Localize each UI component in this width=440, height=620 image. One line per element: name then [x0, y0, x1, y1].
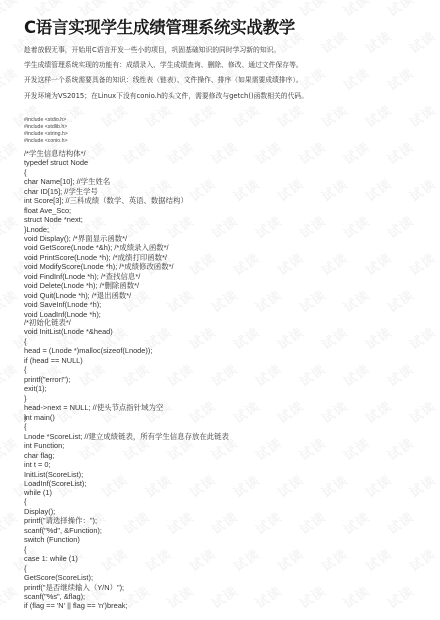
- watermark-text: 试读: [405, 100, 439, 132]
- watermark-text: 试读: [251, 285, 285, 317]
- watermark-text: 试读: [317, 248, 351, 280]
- watermark-text: 试读: [273, 100, 307, 132]
- watermark-text: 试读: [383, 581, 417, 613]
- watermark-text: 试读: [185, 174, 219, 206]
- watermark-text: 试读: [163, 359, 197, 391]
- code-line: void Quit(Lnode *h); /*退出函数*/: [24, 291, 131, 300]
- watermark-text: 试读: [207, 359, 241, 391]
- watermark-text: 试读: [383, 211, 417, 243]
- watermark-text: 试读: [0, 433, 21, 465]
- watermark-text: 试读: [185, 248, 219, 280]
- watermark-text: 试读: [119, 137, 153, 169]
- watermark-text: 试读: [383, 0, 417, 20]
- watermark-text: 试读: [207, 581, 241, 613]
- code-line: Display();: [24, 507, 55, 516]
- watermark-text: 试读: [141, 470, 175, 502]
- watermark-text: 试读: [317, 396, 351, 428]
- watermark-text: 试读: [0, 63, 21, 95]
- watermark-text: 试读: [383, 359, 417, 391]
- code-line: scanf("%d", &Function);: [24, 526, 102, 535]
- watermark-text: 试读: [97, 470, 131, 502]
- watermark-text: 试读: [383, 433, 417, 465]
- watermark-text: 试读: [185, 544, 219, 576]
- watermark-text: 试读: [207, 211, 241, 243]
- code-line: {: [24, 168, 26, 177]
- code-line: float Ave_Sco;: [24, 206, 71, 215]
- watermark-text: 试读: [273, 174, 307, 206]
- watermark-text: 试读: [339, 63, 373, 95]
- watermark-text: 试读: [317, 174, 351, 206]
- watermark-text: 试读: [163, 211, 197, 243]
- code-line: {: [24, 422, 26, 431]
- watermark-text: 试读: [383, 63, 417, 95]
- watermark-text: 试读: [229, 396, 263, 428]
- code-line: printf("请选择操作：");: [24, 516, 97, 525]
- code-line: {: [24, 564, 26, 573]
- code-line: switch (Function): [24, 535, 80, 544]
- code-line: #include <string.h>: [24, 131, 68, 137]
- code-line: {: [24, 545, 26, 554]
- watermark-text: 试读: [229, 248, 263, 280]
- code-line: #include <stdlib.h>: [24, 124, 67, 130]
- watermark-text: 试读: [229, 174, 263, 206]
- watermark-text: 试读: [0, 0, 21, 20]
- watermark-text: 试读: [163, 137, 197, 169]
- code-line: void InitList(Lnode *&head): [24, 327, 113, 336]
- watermark-text: 试读: [185, 396, 219, 428]
- watermark-text: 试读: [339, 211, 373, 243]
- watermark-text: 试读: [317, 100, 351, 132]
- watermark-text: 试读: [163, 285, 197, 317]
- code-line: head->next = NULL; //使头节点指针域为空: [24, 403, 163, 412]
- watermark-text: 试读: [361, 396, 395, 428]
- watermark-text: 试读: [339, 359, 373, 391]
- watermark-text: 试读: [97, 100, 131, 132]
- code-line: char ID[15]; //学生学号: [24, 187, 98, 196]
- watermark-text: 试读: [273, 470, 307, 502]
- watermark-text: 试读: [163, 507, 197, 539]
- watermark-text: 试读: [185, 470, 219, 502]
- code-line: while (1): [24, 488, 52, 497]
- page-title: C语言实现学生成绩管理系统实战教学: [24, 14, 295, 38]
- watermark-text: 试读: [317, 470, 351, 502]
- watermark-text: 试读: [163, 581, 197, 613]
- code-line: exit(1);: [24, 384, 47, 393]
- watermark-text: 试读: [0, 137, 21, 169]
- watermark-text: 试读: [339, 581, 373, 613]
- watermark-text: 试读: [339, 507, 373, 539]
- code-line: void Delete(Lnode *h); /*删除函数*/: [24, 281, 139, 290]
- watermark-text: 试读: [405, 470, 439, 502]
- watermark-text: 试读: [317, 544, 351, 576]
- code-line: }: [24, 394, 26, 403]
- watermark-text: 试读: [405, 26, 439, 58]
- code-line: int t = 0;: [24, 460, 51, 469]
- code-line: void GetScore(Lnode *&h); /*成绩录入函数*/: [24, 243, 169, 252]
- watermark-text: 试读: [273, 248, 307, 280]
- watermark-text: 试读: [295, 137, 329, 169]
- code-line: /*初始化链表*/: [24, 318, 71, 327]
- code-line: {: [24, 497, 26, 506]
- watermark-text: 试读: [207, 285, 241, 317]
- watermark-text: 试读: [295, 285, 329, 317]
- code-line: }Lnode;: [24, 225, 49, 234]
- code-line: if (head == NULL): [24, 356, 83, 365]
- code-line: char Name[10]; //学生姓名: [24, 177, 110, 186]
- watermark-text: 试读: [185, 100, 219, 132]
- watermark-text: 试读: [295, 359, 329, 391]
- watermark-text: 试读: [339, 285, 373, 317]
- code-line: printf("error!");: [24, 375, 70, 384]
- intro-paragraph: 学生成绩管理系统实现的功能有：成绩录入、学生成绩查询、删除、修改、通过文件保存等…: [24, 59, 303, 69]
- code-line: int Function;: [24, 441, 64, 450]
- watermark-text: 试读: [405, 396, 439, 428]
- watermark-text: 试读: [0, 507, 21, 539]
- watermark-text: 试读: [0, 359, 21, 391]
- watermark-text: 试读: [361, 174, 395, 206]
- code-line: int Score[3]; //三科成绩（数学、英语、数据结构）: [24, 196, 188, 205]
- watermark-text: 试读: [405, 174, 439, 206]
- code-line: Lnode *ScoreList; //建立成绩链表，所有学生信息存放在此链表: [24, 432, 229, 441]
- code-line: void SaveInf(Lnode *h);: [24, 300, 101, 309]
- watermark-text: 试读: [383, 137, 417, 169]
- code-line: void PrintScore(Lnode *h); /*成绩打印函数*/: [24, 253, 167, 262]
- intro-paragraph: 开发这样一个系统需要具备的知识：线性表（链表）、文件操作、排序（如果需要成绩排序…: [24, 74, 303, 84]
- code-line: void Display(); /*界面显示函数*/: [24, 234, 127, 243]
- watermark-text: 试读: [361, 470, 395, 502]
- watermark-text: 试读: [317, 26, 351, 58]
- code-line: #include <conio.h>: [24, 138, 68, 144]
- code-line: int main(): [24, 413, 55, 422]
- watermark-text: 试读: [295, 211, 329, 243]
- watermark-text: 试读: [295, 0, 329, 20]
- watermark-text: 试读: [361, 26, 395, 58]
- watermark-text: 试读: [119, 359, 153, 391]
- watermark-text: 试读: [0, 581, 21, 613]
- watermark-text: 试读: [229, 100, 263, 132]
- watermark-text: 试读: [339, 433, 373, 465]
- code-line: void ModifyScore(Lnode *h); /*成绩修改函数*/: [24, 262, 174, 271]
- watermark-text: 试读: [229, 470, 263, 502]
- code-line: /*学生信息结构体*/: [24, 149, 86, 158]
- watermark-text: 试读: [295, 507, 329, 539]
- watermark-text: 试读: [273, 544, 307, 576]
- watermark-text: 试读: [97, 544, 131, 576]
- watermark-text: 试读: [273, 322, 307, 354]
- watermark-text: 试读: [207, 507, 241, 539]
- watermark-text: 试读: [251, 433, 285, 465]
- code-line: if (flag == 'N' || flag == 'n')break;: [24, 601, 128, 610]
- code-line: void FindInf(Lnode *h); /*查找信息*/: [24, 272, 140, 281]
- watermark-text: 试读: [0, 285, 21, 317]
- watermark-text: 试读: [141, 100, 175, 132]
- watermark-text: 试读: [119, 507, 153, 539]
- watermark-text: 试读: [339, 137, 373, 169]
- watermark-text: 试读: [361, 544, 395, 576]
- code-line: #include <stdio.h>: [24, 117, 66, 123]
- code-line: typedef struct Node: [24, 158, 88, 167]
- intro-paragraph: 开发环境为VS2015；在Linux下没有conio.h的头文件，需要修改与ge…: [24, 90, 308, 100]
- watermark-text: 试读: [251, 507, 285, 539]
- code-line: struct Node *next;: [24, 215, 83, 224]
- watermark-text: 试读: [383, 507, 417, 539]
- watermark-text: 试读: [251, 137, 285, 169]
- watermark-text: 试读: [185, 322, 219, 354]
- watermark-text: 试读: [251, 211, 285, 243]
- watermark-text: 试读: [405, 248, 439, 280]
- code-line: {: [24, 337, 26, 346]
- watermark-text: 试读: [141, 544, 175, 576]
- watermark-text: 试读: [405, 544, 439, 576]
- code-line: LoadInf(ScoreList);: [24, 479, 86, 488]
- code-line: case 1: while (1): [24, 554, 78, 563]
- code-line: GetScore(ScoreList);: [24, 573, 93, 582]
- watermark-text: 试读: [0, 211, 21, 243]
- watermark-text: 试读: [339, 0, 373, 20]
- code-line: printf("是否继续输入（Y/N）");: [24, 583, 124, 592]
- code-line: head = (Lnode *)malloc(sizeof(Lnode));: [24, 346, 152, 355]
- watermark-text: 试读: [405, 322, 439, 354]
- watermark-text: 试读: [361, 248, 395, 280]
- watermark-text: 试读: [229, 322, 263, 354]
- watermark-text: 试读: [251, 359, 285, 391]
- watermark-text: 试读: [207, 137, 241, 169]
- intro-paragraph: 趁着放假无事，开始用C语言开发一些小的项目，巩固基础知识的同时学习新的知识。: [24, 44, 280, 54]
- code-line: InitList(ScoreList);: [24, 470, 83, 479]
- watermark-text: 试读: [251, 581, 285, 613]
- watermark-text: 试读: [361, 322, 395, 354]
- code-line: scanf("%s", &flag);: [24, 592, 85, 601]
- watermark-text: 试读: [229, 544, 263, 576]
- watermark-text: 试读: [383, 285, 417, 317]
- watermark-text: 试读: [317, 322, 351, 354]
- code-line: char flag;: [24, 451, 54, 460]
- code-line: {: [24, 365, 26, 374]
- watermark-text: 试读: [295, 581, 329, 613]
- watermark-text: 试读: [361, 100, 395, 132]
- watermark-text: 试读: [295, 433, 329, 465]
- watermark-text: 试读: [273, 396, 307, 428]
